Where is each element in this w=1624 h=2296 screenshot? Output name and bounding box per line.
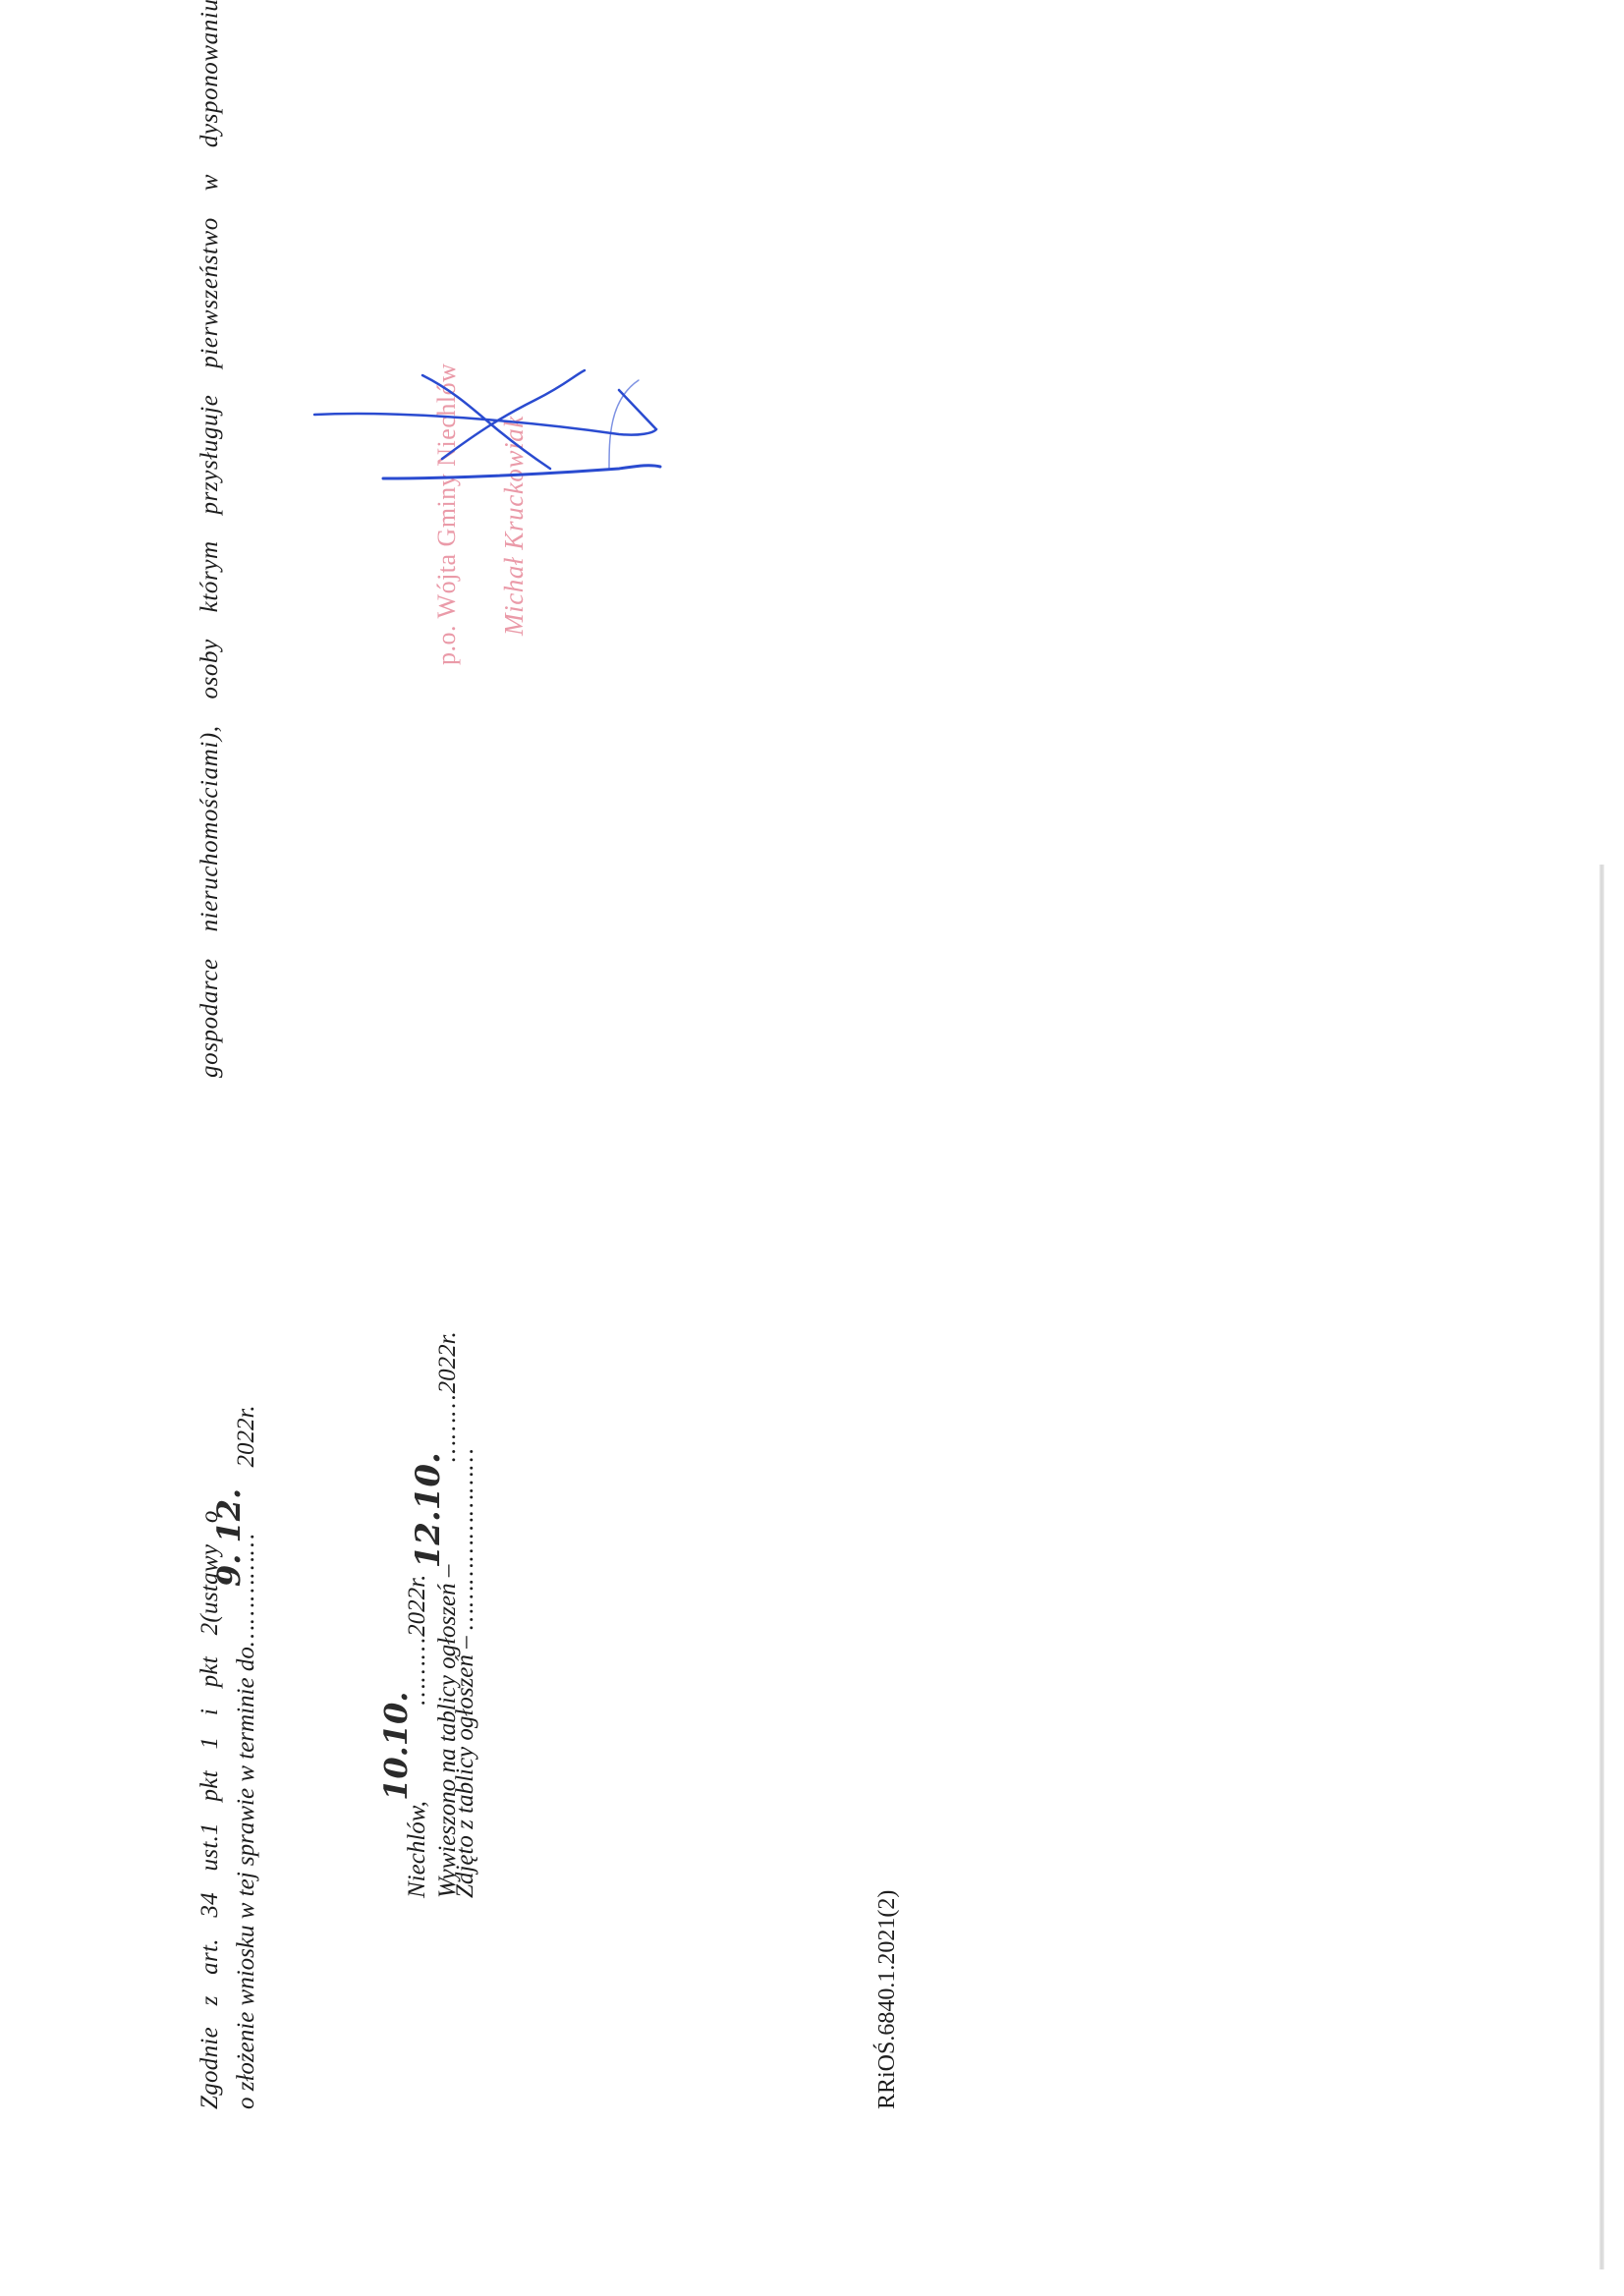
paragraph-line-1-start: Zgodnie z art. 34 ust.1 pkt 1 i pkt 2(us… xyxy=(196,1510,223,2109)
removed-label: Zdjęto z tablicy ogłoszeń – xyxy=(452,1630,478,1898)
posted-year: 2022r. xyxy=(434,1331,461,1393)
handwritten-posted-date: 12.10. xyxy=(409,1452,448,1568)
paragraph-line-2: o złożenie wniosku w tej sprawie w termi… xyxy=(224,1405,261,2109)
removed-line: Zdjęto z tablicy ogłoszeń – …………………… xyxy=(452,1447,479,1898)
rotated-page: Zgodnie z art. 34 ust.1 pkt 1 i pkt 2(us… xyxy=(0,0,1624,2296)
deadline-year: 2022r. xyxy=(233,1405,259,1473)
removed-dots: …………………… xyxy=(452,1447,478,1630)
reference-number: RRiOŚ.6840.1.2021(2) xyxy=(874,1890,901,2109)
handwritten-issue-date: 10.10. xyxy=(377,1692,415,1801)
deadline-label: o złożenie wniosku w tej sprawie w termi… xyxy=(233,1647,259,2109)
handwritten-deadline-date: 9. 12. xyxy=(210,1488,248,1587)
paragraph-line-1-continued: gospodarce nieruchomościami), osoby któr… xyxy=(196,0,224,1078)
paragraph-line-1: Zgodnie z art. 34 ust.1 pkt 1 i pkt 2(us… xyxy=(196,1510,224,2109)
paragraph-line-1-end: gospodarce nieruchomościami), osoby któr… xyxy=(196,0,223,1078)
signature-icon xyxy=(295,76,707,626)
